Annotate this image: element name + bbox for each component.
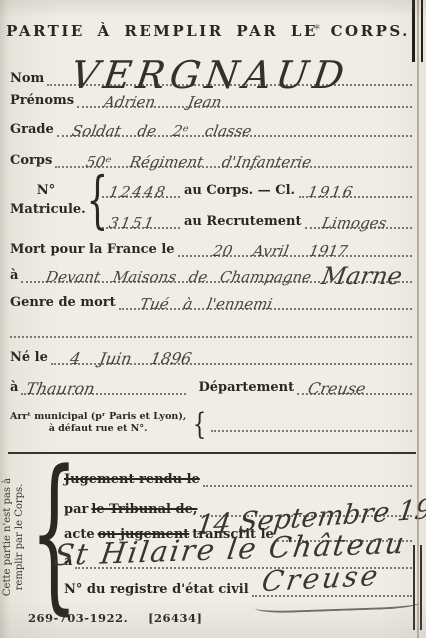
departement-handwritten-value: Creuse bbox=[307, 382, 367, 396]
field-nom: Nom VERGNAUD bbox=[10, 44, 412, 86]
print-ref-number: [26434] bbox=[148, 611, 202, 625]
tribunal-label-prefix: par bbox=[64, 503, 91, 517]
matricule-recrutement-number: 3151 bbox=[108, 217, 156, 230]
matricule-brace: { bbox=[87, 171, 98, 229]
matricule-rows: 12448 au Corps. — Cl. 1916 3151 au Recru… bbox=[102, 171, 412, 229]
field-arr-municipal: Arrᵗ municipal (pʳ Paris et Lyon), à déf… bbox=[10, 402, 412, 432]
mort-a-handwritten-value: Devant Maisons de Champagne bbox=[45, 271, 312, 284]
corps-handwritten-value: 50ᵉ Régiment d'Infanterie bbox=[85, 156, 312, 169]
arr-municipal-label: Arrᵗ municipal (pʳ Paris et Lyon), à déf… bbox=[10, 411, 186, 435]
field-ne-a: à Thauron Département Creuse bbox=[10, 369, 412, 395]
ne-le-handwritten-value: 4 Juin 1896 bbox=[69, 352, 193, 366]
arr-municipal-line bbox=[211, 430, 412, 432]
prenoms-label: Prénoms bbox=[10, 94, 77, 108]
matricule-corps-number: 12448 bbox=[108, 186, 168, 199]
matricule-label: N° Matricule. bbox=[10, 181, 82, 220]
arr-municipal-label-line1: Arrᵗ municipal (pʳ Paris et Lyon), bbox=[10, 411, 186, 423]
matricule-recrutement-place: Limoges bbox=[321, 217, 387, 230]
mort-a-label: à bbox=[10, 269, 21, 283]
right-margin-rule-top bbox=[412, 0, 423, 62]
field-prenoms: Prénoms Adrien Jean bbox=[10, 82, 412, 108]
print-code: 269-703-1922. bbox=[28, 611, 128, 625]
grade-line: Soldat de 2ᵉ classe bbox=[57, 125, 412, 137]
field-jugement: Jugement rendu le bbox=[64, 461, 412, 487]
right-margin-rule bbox=[417, 0, 419, 638]
matricule-row-recrutement: 3151 au Recrutement Limoges bbox=[102, 202, 412, 229]
tribunal-label-struck: le Tribunal de, bbox=[91, 503, 200, 517]
matricule-corps-text: au Corps. — Cl. bbox=[180, 184, 299, 198]
print-reference: 269-703-1922.[26434] bbox=[28, 611, 222, 625]
genre-mort-handwritten-value: Tué à l'ennemi bbox=[139, 298, 273, 311]
departement-label: Département bbox=[186, 381, 297, 395]
grade-label: Grade bbox=[10, 123, 57, 137]
prenoms-handwritten-value: Adrien Jean bbox=[103, 96, 222, 109]
prenoms-line: Adrien Jean bbox=[77, 96, 412, 108]
corps-line: 50ᵉ Régiment d'Infanterie bbox=[55, 156, 412, 168]
ne-a-label: à bbox=[10, 381, 21, 395]
matricule-corps-number-line: 12448 bbox=[102, 186, 180, 198]
departement-line: Creuse bbox=[297, 382, 412, 395]
blank-line bbox=[10, 318, 412, 338]
mort-a-departement-handwritten: Marne bbox=[320, 266, 404, 286]
blank-dotted-line bbox=[10, 336, 412, 338]
matricule-recrutement-place-line: Limoges bbox=[305, 217, 412, 229]
arr-municipal-brace: { bbox=[193, 412, 206, 438]
field-mort-a: à Devant Maisons de Champagne Marne bbox=[10, 257, 412, 283]
ne-a-handwritten-value: Thauron bbox=[25, 382, 96, 396]
matricule-label-line1: N° bbox=[10, 181, 82, 201]
field-matricule: N° Matricule. { 12448 au Corps. — Cl. 19… bbox=[10, 171, 412, 229]
pen-flourish bbox=[255, 597, 420, 614]
matricule-recrutement-number-line: 3151 bbox=[102, 217, 180, 229]
mort-le-label: Mort pour la France le bbox=[10, 243, 178, 257]
registre-label: N° du registre d'état civil bbox=[64, 583, 252, 597]
mort-a-line: Devant Maisons de Champagne Marne bbox=[21, 266, 412, 283]
jugement-line bbox=[203, 485, 412, 487]
field-grade: Grade Soldat de 2ᵉ classe bbox=[10, 111, 412, 137]
ne-a-line: Thauron bbox=[21, 382, 186, 395]
jugement-label-struck: Jugement rendu le bbox=[64, 473, 203, 487]
matricule-classe-line: 1916 bbox=[299, 186, 412, 198]
field-mort-le: Mort pour la France le 20 Avril 1917 bbox=[10, 231, 412, 257]
mort-le-line: 20 Avril 1917 bbox=[178, 245, 412, 257]
matricule-row-corps: 12448 au Corps. — Cl. 1916 bbox=[102, 171, 412, 198]
field-corps: Corps 50ᵉ Régiment d'Infanterie bbox=[10, 142, 412, 168]
field-ne-le: Né le 4 Juin 1896 bbox=[10, 339, 412, 365]
ne-le-label: Né le bbox=[10, 351, 51, 365]
form-title: PARTIE À REMPLIR PAR LE CORPS. bbox=[0, 22, 416, 40]
military-death-record-card: PARTIE À REMPLIR PAR LE CORPS. * Nom VER… bbox=[0, 0, 426, 638]
genre-mort-line: Tué à l'ennemi bbox=[119, 298, 412, 310]
registre-departement-handwritten: Creuse bbox=[260, 563, 382, 595]
field-genre-mort: Genre de mort Tué à l'ennemi bbox=[10, 284, 412, 310]
genre-mort-label: Genre de mort bbox=[10, 296, 119, 310]
grade-handwritten-value: Soldat de 2ᵉ classe bbox=[71, 125, 252, 138]
matricule-classe-value: 1916 bbox=[307, 186, 355, 199]
matricule-recrutement-text: au Recrutement bbox=[180, 215, 305, 229]
right-margin-rule-bottom bbox=[413, 545, 422, 630]
ne-le-line: 4 Juin 1896 bbox=[51, 352, 412, 365]
corps-label: Corps bbox=[10, 154, 55, 168]
matricule-label-line2: Matricule. bbox=[10, 200, 82, 220]
ink-speck: * bbox=[314, 22, 320, 36]
